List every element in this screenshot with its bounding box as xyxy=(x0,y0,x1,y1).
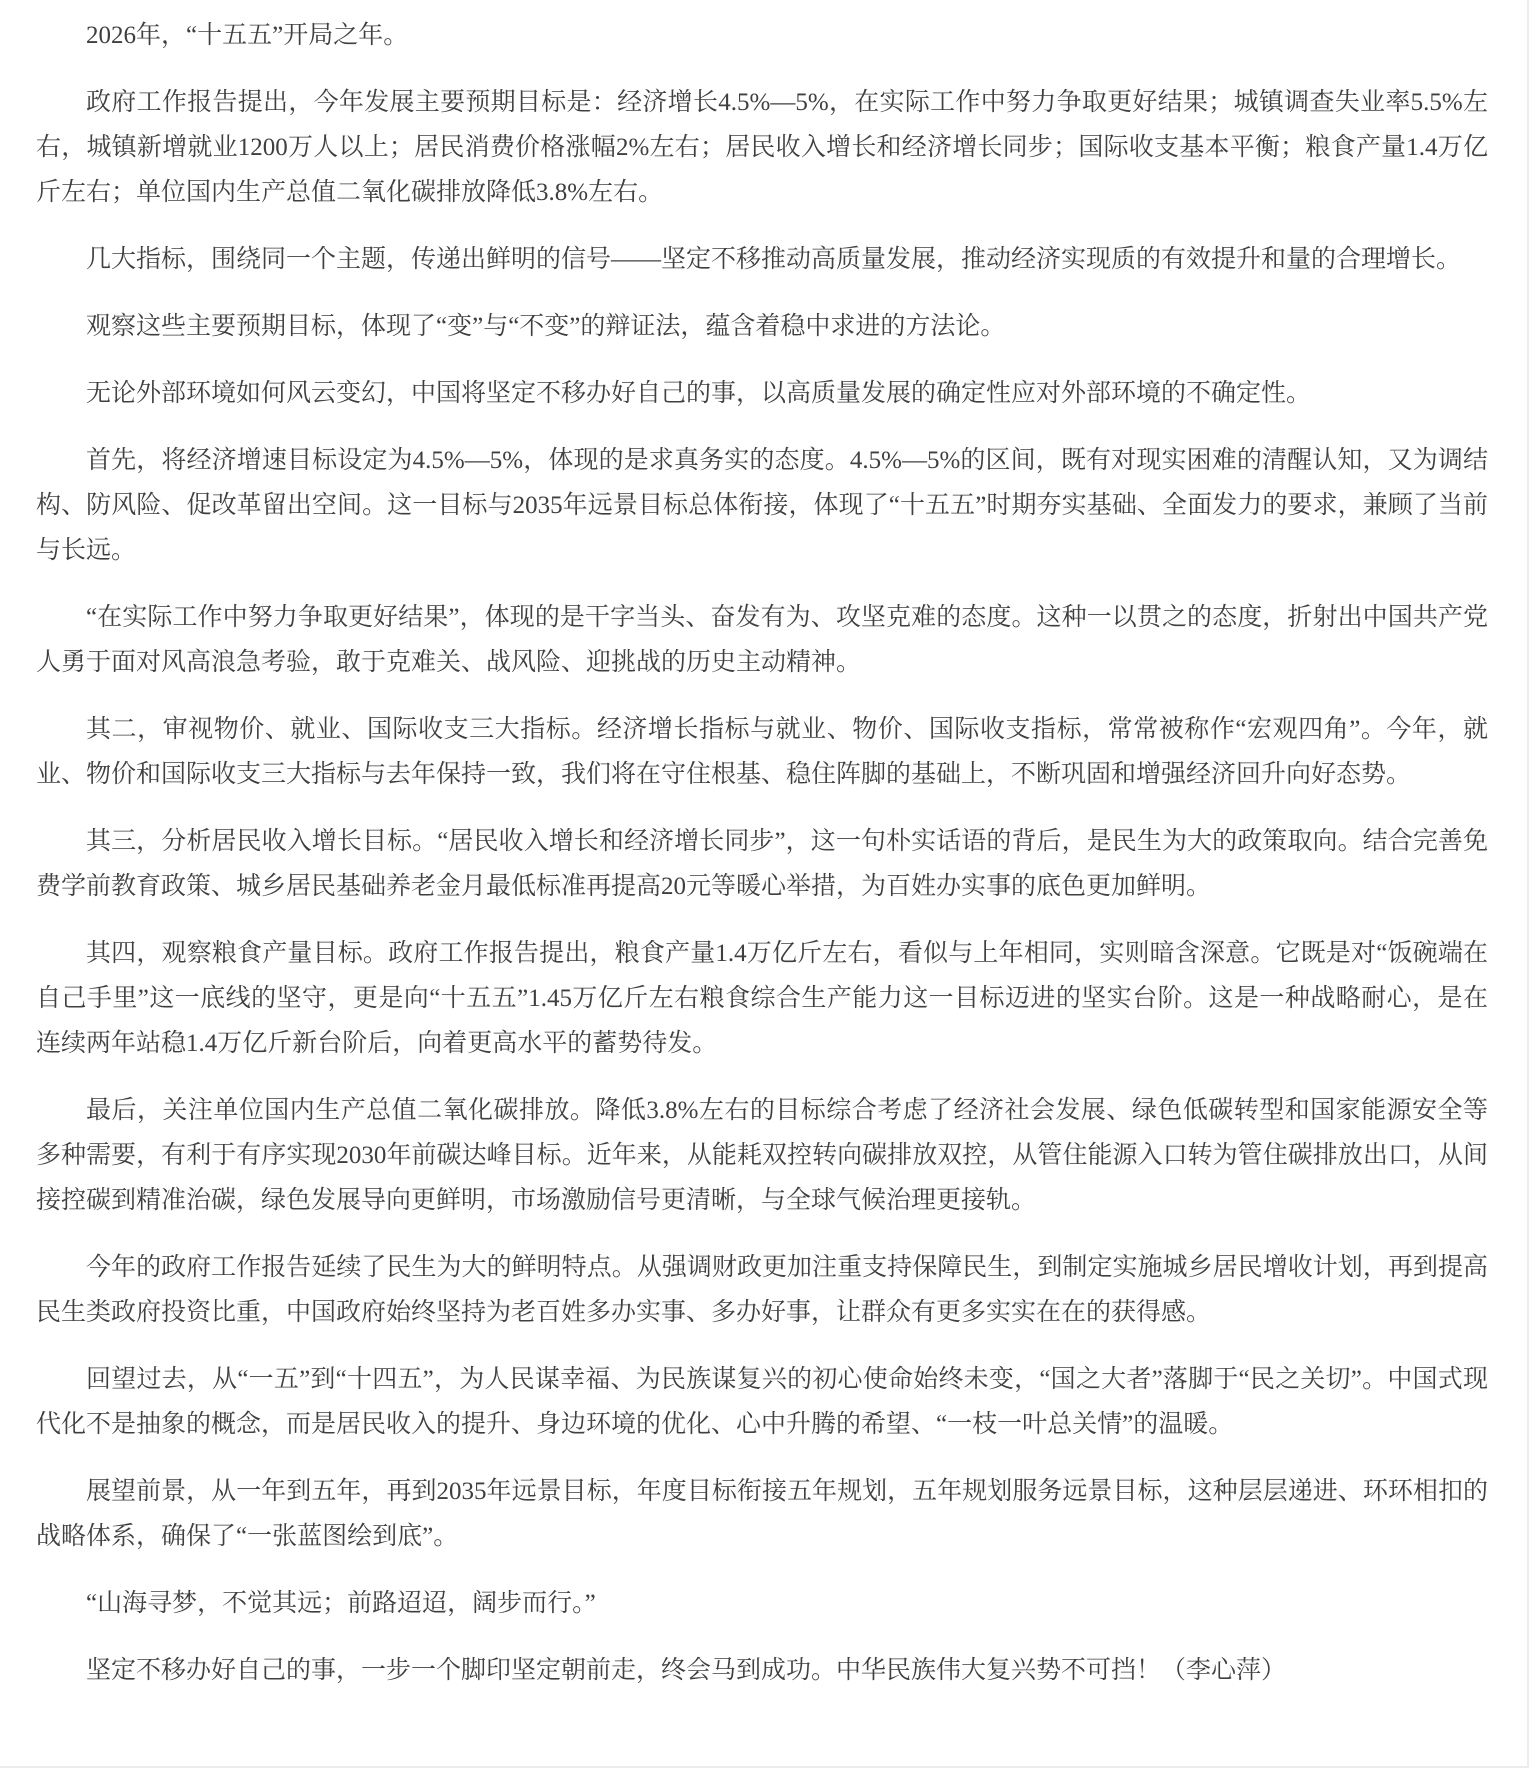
article-paragraph: 展望前景，从一年到五年，再到2035年远景目标，年度目标衔接五年规划，五年规划服… xyxy=(36,1469,1488,1559)
article-paragraph: 无论外部环境如何风云变幻，中国将坚定不移办好自己的事，以高质量发展的确定性应对外… xyxy=(36,371,1488,416)
article-paragraph: 今年的政府工作报告延续了民生为大的鲜明特点。从强调财政更加注重支持保障民生，到制… xyxy=(36,1245,1488,1335)
article-paragraph: 其四，观察粮食产量目标。政府工作报告提出，粮食产量1.4万亿斤左右，看似与上年相… xyxy=(36,931,1488,1066)
article-paragraph: 回望过去，从“一五”到“十四五”，为人民谋幸福、为民族谋复兴的初心使命始终未变，… xyxy=(36,1357,1488,1447)
article-paragraph: 观察这些主要预期目标，体现了“变”与“不变”的辩证法，蕴含着稳中求进的方法论。 xyxy=(36,304,1488,349)
article-paragraph: “在实际工作中努力争取更好结果”，体现的是干字当头、奋发有为、攻坚克难的态度。这… xyxy=(36,595,1488,685)
article-paragraph: 几大指标，围绕同一个主题，传递出鲜明的信号——坚定不移推动高质量发展，推动经济实… xyxy=(36,237,1488,282)
article-paragraph: 首先，将经济增速目标设定为4.5%—5%，体现的是求真务实的态度。4.5%—5%… xyxy=(36,438,1488,573)
article-paragraph: 坚定不移办好自己的事，一步一个脚印坚定朝前走，终会马到成功。中华民族伟大复兴势不… xyxy=(36,1648,1488,1693)
article-paragraph: 最后，关注单位国内生产总值二氧化碳排放。降低3.8%左右的目标综合考虑了经济社会… xyxy=(36,1088,1488,1223)
document-page: 2026年，“十五五”开局之年。政府工作报告提出，今年发展主要预期目标是：经济增… xyxy=(0,0,1529,1768)
article-body: 2026年，“十五五”开局之年。政府工作报告提出，今年发展主要预期目标是：经济增… xyxy=(0,0,1527,1766)
article-paragraph: 其三，分析居民收入增长目标。“居民收入增长和经济增长同步”，这一句朴实话语的背后… xyxy=(36,819,1488,909)
article-paragraph: 其二，审视物价、就业、国际收支三大指标。经济增长指标与就业、物价、国际收支指标，… xyxy=(36,707,1488,797)
article-paragraph: 2026年，“十五五”开局之年。 xyxy=(36,13,1488,58)
article-paragraph: “山海寻梦，不觉其远；前路迢迢，阔步而行。” xyxy=(36,1581,1488,1626)
article-paragraph: 政府工作报告提出，今年发展主要预期目标是：经济增长4.5%—5%，在实际工作中努… xyxy=(36,80,1488,215)
